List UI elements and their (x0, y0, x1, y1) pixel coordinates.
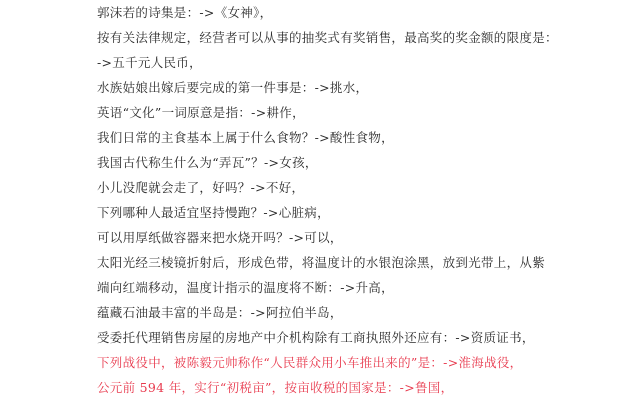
qa-line: 蕴藏石油最丰富的半岛是：->阿拉伯半岛， (97, 305, 343, 321)
qa-line-highlighted: 公元前 594 年，实行“初税亩”，按亩收税的国家是：->鲁国， (97, 380, 453, 396)
qa-line: 可以用厚纸做容器来把水烧开吗？->可以， (97, 230, 343, 246)
qa-line: 小儿没爬就会走了，好吗？->不好， (97, 180, 304, 196)
qa-line: 端向红端移动，温度计指示的温度将不断：->升高， (97, 280, 394, 296)
qa-line: 太阳光经三棱镜折射后，形成色带，将温度计的水银泡涂黑，放到光带上，从紫 (97, 255, 545, 271)
qa-line: 英语“文化”一词原意是指：->耕作， (97, 105, 305, 121)
qa-line: 我们日常的主食基本上属于什么食物？->酸性食物， (97, 130, 394, 146)
qa-line: 受委托代理销售房屋的房地产中介机构除有工商执照外还应有：->资质证书， (97, 330, 535, 346)
document-page: 郭沫若的诗集是：->《女神》， 按有关法律规定，经营者可以从事的抽奖式有奖销售，… (0, 0, 640, 400)
qa-line: 我国古代称生什么为“弄瓦”？->女孩， (97, 155, 318, 171)
qa-line: 水族姑娘出嫁后要完成的第一件事是：->挑水， (97, 80, 368, 96)
qa-line-highlighted: 下列战役中，被陈毅元帅称作“人民群众用小车推出来的”是：->淮海战役， (97, 355, 522, 371)
qa-line: 按有关法律规定，经营者可以从事的抽奖式有奖销售，最高奖的奖金额的限度是： (97, 30, 558, 46)
qa-line: 郭沫若的诗集是：->《女神》， (97, 5, 272, 21)
qa-line: 下列哪种人最适宜坚持慢跑？->心脏病， (97, 205, 330, 221)
qa-line: ->五千元人民币， (97, 55, 202, 71)
